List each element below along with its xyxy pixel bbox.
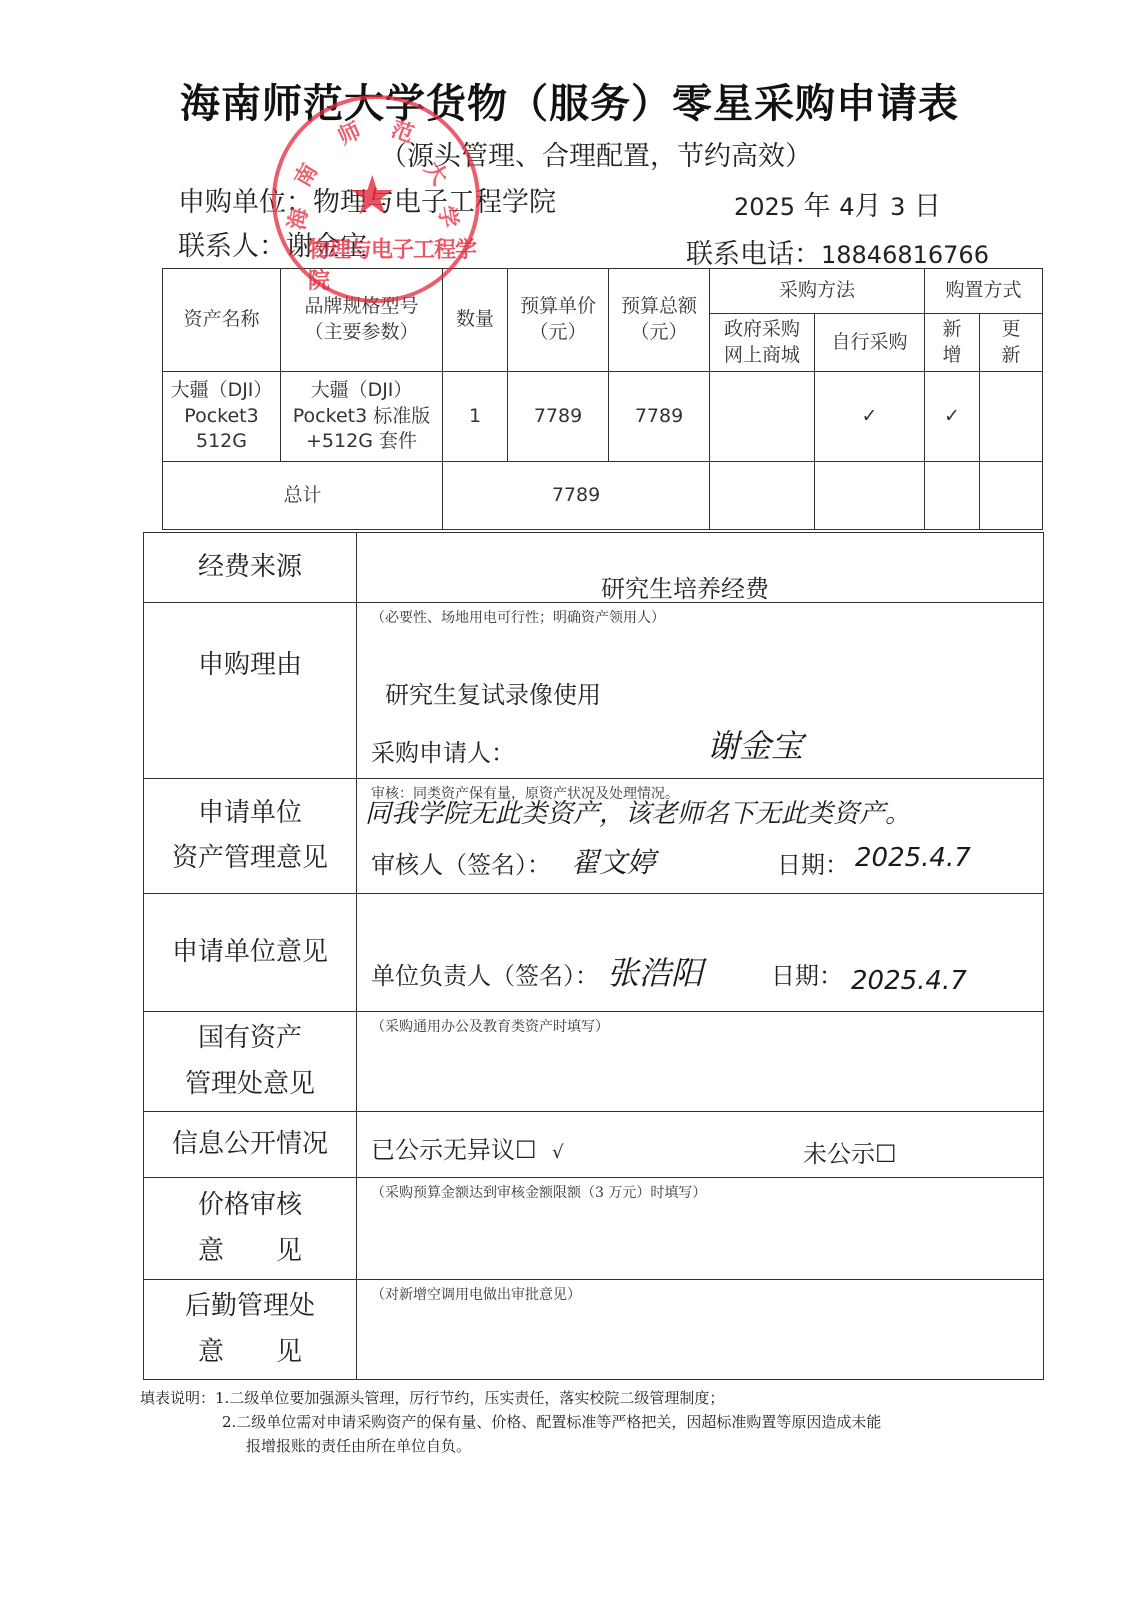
unit-opinion-row: 申请单位意见 单位负责人（签名）： 张浩阳 日期： 2025.4.7 — [144, 894, 1044, 1012]
price-review-label-line1: 价格审核 — [144, 1183, 356, 1229]
header-method: 采购方法 — [710, 269, 925, 314]
reason-label: 申购理由 — [144, 603, 357, 779]
cell-method-gov — [710, 372, 815, 462]
reason-hint: （必要性、场地用电可行性；明确资产领用人） — [371, 607, 665, 627]
total-value: 7789 — [443, 462, 710, 530]
asset-opinion-row: 申请单位 资产管理意见 审核：同类资产保有量，原资产状况及处理情况。 同我学院无… — [144, 779, 1044, 894]
total-empty-2 — [815, 462, 925, 530]
asset-opinion-label: 申请单位 资产管理意见 — [144, 779, 357, 894]
asset-name-line3: 512G — [163, 429, 280, 455]
state-asset-row: 国有资产 管理处意见 （采购通用办公及教育类资产时填写） — [144, 1012, 1044, 1112]
reviewer-label: 审核人（签名）： — [371, 845, 551, 880]
reason-value: 研究生复试录像使用 — [385, 675, 601, 710]
unit-head-label: 单位负责人（签名）： — [371, 956, 599, 991]
reviewer-date-label: 日期： — [777, 845, 849, 880]
brand-spec-line3: +512G 套件 — [281, 429, 442, 455]
header-method-gov-line1: 政府采购 — [710, 317, 814, 343]
disclosure-label: 信息公开情况 — [144, 1112, 357, 1178]
note-item-2: 2.二级单位需对申请采购资产的保有量、价格、配置标准等严格把关，因超标准购置等原… — [140, 1410, 881, 1434]
disclosure-row: 信息公开情况 已公示无异议☐ √ 未公示☐ — [144, 1112, 1044, 1178]
date-month: 4 — [839, 193, 854, 221]
cell-type-replace — [980, 372, 1043, 462]
asset-opinion-cell: 审核：同类资产保有量，原资产状况及处理情况。 同我学院无此类资产，该老师名下无此… — [357, 779, 1044, 894]
disclosure-published-label: 已公示无异议☐ — [371, 1136, 537, 1164]
logistics-cell: （对新增空调用电做出审批意见） — [357, 1280, 1044, 1380]
cell-unit-price: 7789 — [508, 372, 609, 462]
state-asset-label: 国有资产 管理处意见 — [144, 1012, 357, 1112]
notes-label: 填表说明： — [140, 1389, 215, 1407]
document-title: 海南师范大学货物（服务）零星采购申请表 — [0, 72, 1139, 129]
disclosure-option-unpublished[interactable]: 未公示☐ — [803, 1134, 897, 1169]
phone-label: 联系电话： — [686, 239, 821, 270]
header-unit-price-main: 预算单价 — [508, 294, 608, 320]
form-notes: 填表说明：1.二级单位要加强源头管理，厉行节约，压实责任，落实校院二级管理制度；… — [140, 1386, 881, 1458]
header-asset-name: 资产名称 — [163, 269, 281, 372]
unit-date-label: 日期： — [771, 956, 843, 991]
contact-value: 谢金宝 — [286, 231, 367, 262]
logistics-label: 后勤管理处 意 见 — [144, 1280, 357, 1380]
header-type-new-line1: 新 — [925, 317, 979, 343]
state-asset-label-line2: 管理处意见 — [144, 1062, 356, 1108]
applicant-label: 采购申请人： — [371, 733, 515, 768]
document-subtitle: （源头管理、合理配置，节约高效） — [380, 134, 812, 173]
price-review-hint: （采购预算金额达到审核金额限额（3 万元）时填写） — [371, 1182, 706, 1202]
header-method-gov: 政府采购 网上商城 — [710, 314, 815, 372]
header-method-gov-line2: 网上商城 — [710, 343, 814, 369]
header-total-price: 预算总额 （元） — [609, 269, 710, 372]
asset-name-line1: 大疆（DJI） — [163, 378, 280, 404]
header-brand-spec-sub: （主要参数） — [281, 320, 442, 346]
header-purchase-type: 购置方式 — [925, 269, 1043, 314]
unit-date: 2025.4.7 — [851, 966, 967, 996]
unit-opinion-cell: 单位负责人（签名）： 张浩阳 日期： 2025.4.7 — [357, 894, 1044, 1012]
price-review-cell: （采购预算金额达到审核金额限额（3 万元）时填写） — [357, 1178, 1044, 1280]
cell-quantity: 1 — [443, 372, 508, 462]
logistics-row: 后勤管理处 意 见 （对新增空调用电做出审批意见） — [144, 1280, 1044, 1380]
total-empty-4 — [980, 462, 1043, 530]
total-row: 总计 7789 — [163, 462, 1043, 530]
applicant-unit-row: 申购单位：物理与电子工程学院 — [178, 180, 556, 219]
total-empty-1 — [710, 462, 815, 530]
header-total-price-sub: （元） — [609, 320, 709, 346]
asset-opinion-label-line2: 资产管理意见 — [144, 836, 356, 882]
disclosure-option-published[interactable]: 已公示无异议☐ √ — [371, 1130, 564, 1165]
date-month-label: 月 — [855, 191, 882, 222]
header-total-price-main: 预算总额 — [609, 294, 709, 320]
funding-source-cell: 研究生培养经费 — [357, 533, 1044, 603]
total-label: 总计 — [163, 462, 443, 530]
asset-opinion-label-line1: 申请单位 — [144, 791, 356, 837]
logistics-hint: （对新增空调用电做出审批意见） — [371, 1284, 581, 1304]
header-type-replace-line1: 更 — [980, 317, 1042, 343]
table-row: 大疆（DJI） Pocket3 512G 大疆（DJI） Pocket3 标准版… — [163, 372, 1043, 462]
logistics-label-line1: 后勤管理处 — [144, 1284, 356, 1330]
unit-opinion-label: 申请单位意见 — [144, 894, 357, 1012]
header-brand-spec: 品牌规格型号 （主要参数） — [281, 269, 443, 372]
asset-name-line2: Pocket3 — [163, 404, 280, 430]
header-type-new-line2: 增 — [925, 343, 979, 369]
disclosure-published-check-icon: √ — [552, 1142, 563, 1163]
contact-row: 联系人：谢金宝 — [178, 224, 367, 263]
funding-source-row: 经费来源 研究生培养经费 — [144, 533, 1044, 603]
date-day-label: 日 — [914, 191, 941, 222]
funding-source-value: 研究生培养经费 — [601, 569, 769, 604]
applicant-unit-value: 物理与电子工程学院 — [313, 187, 556, 218]
header-type-new: 新 增 — [925, 314, 980, 372]
unit-head-signature: 张浩阳 — [607, 948, 703, 994]
state-asset-cell: （采购通用办公及教育类资产时填写） — [357, 1012, 1044, 1112]
date-year: 2025 — [734, 193, 795, 221]
items-table: 资产名称 品牌规格型号 （主要参数） 数量 预算单价 （元） 预算总额 （元） … — [162, 268, 1043, 530]
phone-row: 联系电话：18846816766 — [686, 232, 989, 271]
price-review-label-line2: 意 见 — [144, 1229, 356, 1275]
header-method-self: 自行采购 — [815, 314, 925, 372]
note-item-3: 报增报账的责任由所在单位自负。 — [140, 1434, 881, 1458]
reason-cell: （必要性、场地用电可行性；明确资产领用人） 研究生复试录像使用 采购申请人： 谢… — [357, 603, 1044, 779]
reviewer-date: 2025.4.7 — [855, 843, 971, 873]
applicant-signature: 谢金宝 — [707, 721, 803, 767]
approval-table: 经费来源 研究生培养经费 申购理由 （必要性、场地用电可行性；明确资产领用人） … — [143, 532, 1044, 1380]
reason-row: 申购理由 （必要性、场地用电可行性；明确资产领用人） 研究生复试录像使用 采购申… — [144, 603, 1044, 779]
header-unit-price: 预算单价 （元） — [508, 269, 609, 372]
price-review-label: 价格审核 意 见 — [144, 1178, 357, 1280]
contact-label: 联系人： — [178, 231, 286, 262]
applicant-unit-label: 申购单位： — [178, 187, 313, 218]
header-quantity: 数量 — [443, 269, 508, 372]
brand-spec-line1: 大疆（DJI） — [281, 378, 442, 404]
state-asset-label-line1: 国有资产 — [144, 1016, 356, 1062]
cell-asset-name: 大疆（DJI） Pocket3 512G — [163, 372, 281, 462]
date-year-label: 年 — [804, 191, 831, 222]
logistics-label-line2: 意 见 — [144, 1330, 356, 1376]
header-brand-spec-main: 品牌规格型号 — [281, 294, 442, 320]
header-unit-price-sub: （元） — [508, 320, 608, 346]
note-item-1: 1.二级单位要加强源头管理，厉行节约，压实责任，落实校院二级管理制度； — [215, 1389, 724, 1407]
total-empty-3 — [925, 462, 980, 530]
date-day: 3 — [890, 193, 905, 221]
price-review-row: 价格审核 意 见 （采购预算金额达到审核金额限额（3 万元）时填写） — [144, 1178, 1044, 1280]
cell-total-price: 7789 — [609, 372, 710, 462]
phone-value: 18846816766 — [821, 241, 989, 269]
brand-spec-line2: Pocket3 标准版 — [281, 404, 442, 430]
header-type-replace: 更 新 — [980, 314, 1043, 372]
cell-brand-spec: 大疆（DJI） Pocket3 标准版 +512G 套件 — [281, 372, 443, 462]
cell-method-self-check: ✓ — [815, 372, 925, 462]
cell-type-new-check: ✓ — [925, 372, 980, 462]
state-asset-hint: （采购通用办公及教育类资产时填写） — [371, 1016, 609, 1036]
reviewer-signature: 翟文婷 — [571, 841, 655, 881]
disclosure-cell: 已公示无异议☐ √ 未公示☐ — [357, 1112, 1044, 1178]
header-type-replace-line2: 新 — [980, 343, 1042, 369]
asset-opinion-handwritten: 同我学院无此类资产，该老师名下无此类资产。 — [365, 793, 911, 830]
application-date: 2025 年 4月 3 日 — [734, 184, 941, 223]
funding-source-label: 经费来源 — [144, 533, 357, 603]
